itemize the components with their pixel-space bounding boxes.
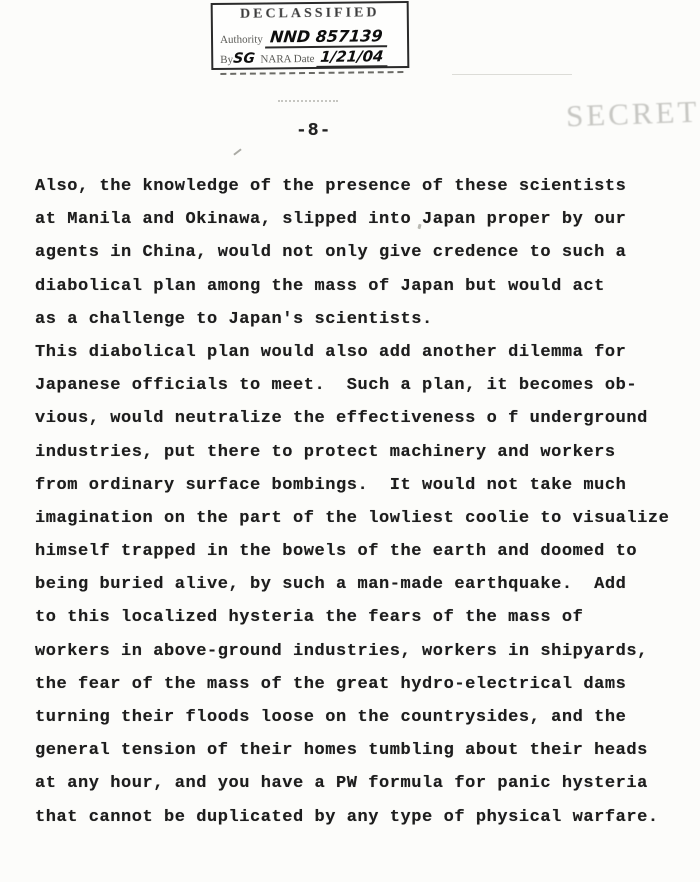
scanned-document-page: DECLASSIFIED Authority NND 857139 BySG N… bbox=[0, 0, 700, 882]
text-line: imagination on the part of the lowliest … bbox=[35, 502, 669, 535]
text-line: workers in above-ground industries, work… bbox=[35, 635, 669, 668]
text-line: himself trapped in the bowels of the ear… bbox=[35, 535, 669, 568]
text-line: diabolical plan among the mass of Japan … bbox=[35, 270, 669, 303]
text-line: from ordinary surface bombings. It would… bbox=[35, 469, 669, 502]
text-line: agents in China, would not only give cre… bbox=[35, 236, 669, 269]
text-line: as a challenge to Japan's scientists. bbox=[35, 303, 669, 336]
page-number: -8- bbox=[296, 121, 331, 141]
text-line: industries, put there to protect machine… bbox=[35, 436, 669, 469]
text-line: at Manila and Okinawa, slipped into Japa… bbox=[35, 203, 669, 236]
document-body: Also, the knowledge of the presence of t… bbox=[35, 170, 669, 834]
secret-classification-stamp: SECRET bbox=[565, 94, 700, 135]
text-line: turning their floods loose on the countr… bbox=[35, 701, 669, 734]
text-line: that cannot be duplicated by any type of… bbox=[35, 801, 669, 834]
text-line: vious, would neutralize the effectivenes… bbox=[35, 402, 669, 435]
text-line: the fear of the mass of the great hydro-… bbox=[35, 668, 669, 701]
text-line: Japanese officials to meet. Such a plan,… bbox=[35, 369, 669, 402]
text-line: being buried alive, by such a man-made e… bbox=[35, 568, 669, 601]
authority-label: Authority bbox=[220, 33, 263, 45]
stamp-by-row: BySG NARA Date 1/21/04 bbox=[220, 47, 403, 75]
stamp-authority-row: Authority NND 857139 bbox=[220, 26, 403, 49]
nara-date-label: NARA Date bbox=[260, 53, 314, 66]
date-handwritten-value: 1/21/04 bbox=[316, 47, 389, 68]
scan-artifact bbox=[452, 74, 572, 75]
text-line: to this localized hysteria the fears of … bbox=[35, 601, 669, 634]
authority-handwritten-value: NND 857139 bbox=[265, 26, 389, 48]
declassified-stamp: DECLASSIFIED Authority NND 857139 BySG N… bbox=[211, 1, 410, 70]
scan-artifact bbox=[233, 148, 241, 155]
scan-artifact bbox=[278, 100, 338, 102]
text-line: This diabolical plan would also add anot… bbox=[35, 336, 669, 369]
text-line: Also, the knowledge of the presence of t… bbox=[35, 170, 669, 203]
text-line: general tension of their homes tumbling … bbox=[35, 734, 669, 767]
by-handwritten-initials: SG bbox=[232, 51, 255, 67]
declassified-stamp-title: DECLASSIFIED bbox=[213, 5, 407, 23]
by-label: By bbox=[220, 54, 233, 66]
text-line: at any hour, and you have a PW formula f… bbox=[35, 767, 669, 800]
